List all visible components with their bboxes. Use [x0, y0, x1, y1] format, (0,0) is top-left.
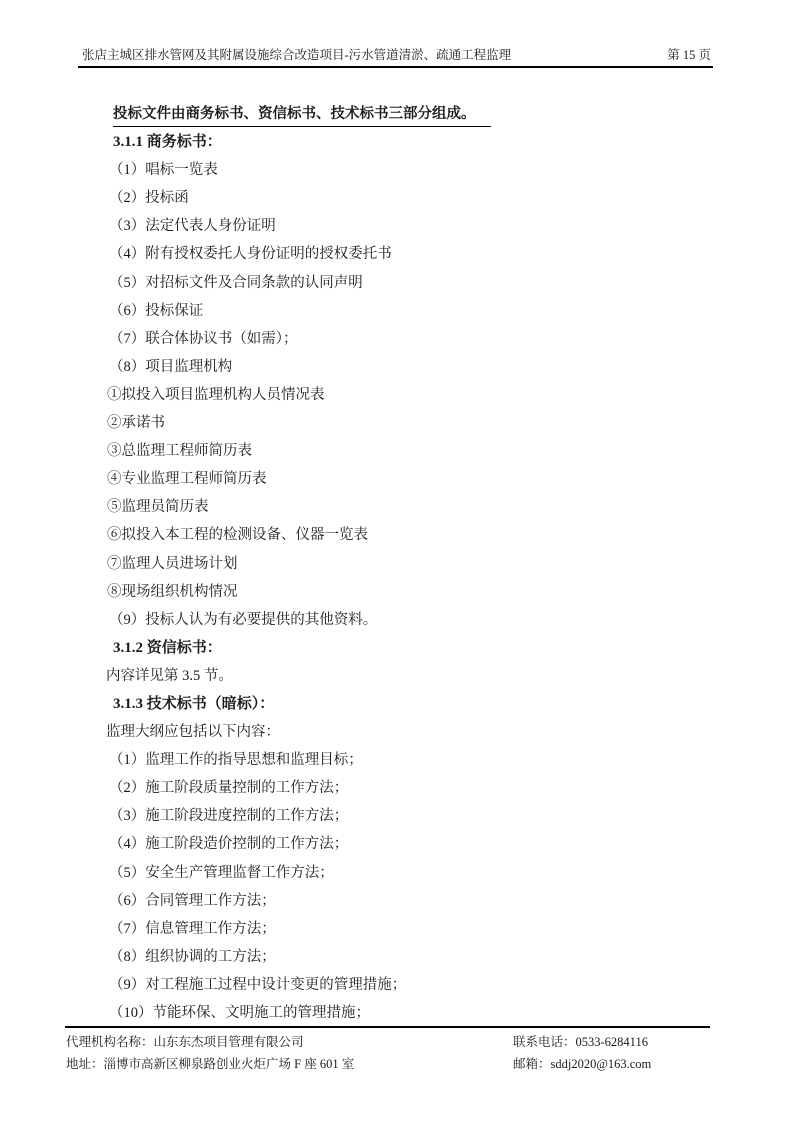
paragraph-text: （8）项目监理机构 — [109, 359, 232, 375]
paragraph-text: ③总监理工程师简历表 — [107, 443, 252, 459]
paragraph-line: （10）节能环保、文明施工的管理措施； — [66, 999, 730, 1027]
paragraph-text: （4）施工阶段造价控制的工作方法； — [109, 836, 348, 852]
paragraph-text: （6）合同管理工作方法； — [109, 893, 276, 909]
paragraph-line: 监理大纲应包括以下内容： — [66, 718, 730, 746]
paragraph-text: 监理大纲应包括以下内容： — [106, 724, 280, 740]
paragraph-text: （9）投标人认为有必要提供的其他资料。 — [109, 612, 377, 628]
paragraph-text: （1）监理工作的指导思想和监理目标； — [109, 752, 363, 768]
page-header: 张店主城区排水管网及其附属设施综合改造项目-污水管道清淤、疏通工程监理 第 15… — [78, 48, 713, 68]
paragraph-line: （6）合同管理工作方法； — [66, 887, 730, 915]
paragraph-text: 投标文件由商务标书、资信标书、技术标书三部分组成。 — [113, 102, 491, 127]
paragraph-line: （8）组织协调的工方法； — [66, 943, 730, 971]
paragraph-text: （7）联合体协议书（如需）； — [109, 331, 298, 347]
header-page-number: 第 15 页 — [667, 48, 713, 63]
document-page: 张店主城区排水管网及其附属设施综合改造项目-污水管道清淤、疏通工程监理 第 15… — [0, 0, 793, 1122]
paragraph-line: （3）施工阶段进度控制的工作方法； — [66, 802, 730, 830]
paragraph-line: （2）投标函 — [66, 184, 730, 212]
paragraph-line: （3）法定代表人身份证明 — [66, 212, 730, 240]
paragraph-text: （3）法定代表人身份证明 — [109, 218, 276, 234]
paragraph-line: （8）项目监理机构 — [66, 353, 730, 381]
paragraph-line: ⑤监理员简历表 — [66, 493, 730, 521]
footer-phone: 联系电话：0533-6284116 — [513, 1031, 710, 1053]
paragraph-line: （4）施工阶段造价控制的工作方法； — [66, 830, 730, 858]
paragraph-line: ⑧现场组织机构情况 — [66, 578, 730, 606]
paragraph-text: 3.1.3 技术标书（暗标）： — [113, 696, 274, 712]
paragraph-line: （5）对招标文件及合同条款的认同声明 — [66, 269, 730, 297]
paragraph-text: （2）投标函 — [109, 190, 189, 206]
paragraph-line: 3.1.2 资信标书： — [66, 634, 730, 662]
paragraph-text: 3.1.2 资信标书： — [113, 640, 222, 656]
paragraph-line: （1）唱标一览表 — [66, 156, 730, 184]
paragraph-line: （5）安全生产管理监督工作方法； — [66, 859, 730, 887]
paragraph-text: ②承诺书 — [107, 415, 165, 431]
paragraph-line: ③总监理工程师简历表 — [66, 437, 730, 465]
header-doc-title: 张店主城区排水管网及其附属设施综合改造项目-污水管道清淤、疏通工程监理 — [78, 48, 511, 63]
paragraph-line: ④专业监理工程师简历表 — [66, 465, 730, 493]
paragraph-line: （9）投标人认为有必要提供的其他资料。 — [66, 606, 730, 634]
footer-left-column: 代理机构名称：山东东杰项目管理有限公司 地址：淄博市高新区柳泉路创业火炬广场 F… — [65, 1031, 513, 1075]
paragraph-line: ⑦监理人员进场计划 — [66, 550, 730, 578]
paragraph-text: （1）唱标一览表 — [109, 162, 218, 178]
paragraph-line: 投标文件由商务标书、资信标书、技术标书三部分组成。 — [66, 100, 730, 128]
paragraph-text: （5）安全生产管理监督工作方法； — [109, 865, 334, 881]
paragraph-text: （4）附有授权委托人身份证明的授权委托书 — [109, 246, 392, 262]
footer-email: 邮箱：sddj2020@163.com — [513, 1053, 710, 1075]
paragraph-line: （7）信息管理工作方法； — [66, 915, 730, 943]
paragraph-line: 3.1.3 技术标书（暗标）： — [66, 690, 730, 718]
paragraph-text: （5）对招标文件及合同条款的认同声明 — [109, 275, 363, 291]
footer-address: 地址：淄博市高新区柳泉路创业火炬广场 F 座 601 室 — [66, 1053, 513, 1075]
paragraph-text: ①拟投入项目监理机构人员情况表 — [107, 387, 325, 403]
paragraph-text: 内容详见第 3.5 节。 — [106, 668, 233, 684]
paragraph-line: 内容详见第 3.5 节。 — [66, 662, 730, 690]
document-body: 投标文件由商务标书、资信标书、技术标书三部分组成。3.1.1 商务标书：（1）唱… — [66, 100, 730, 1027]
paragraph-line: （4）附有授权委托人身份证明的授权委托书 — [66, 240, 730, 268]
footer-right-column: 联系电话：0533-6284116 邮箱：sddj2020@163.com — [513, 1031, 710, 1075]
paragraph-line: ②承诺书 — [66, 409, 730, 437]
paragraph-line: （1）监理工作的指导思想和监理目标； — [66, 746, 730, 774]
paragraph-text: ⑦监理人员进场计划 — [107, 556, 238, 572]
paragraph-line: （7）联合体协议书（如需）； — [66, 325, 730, 353]
paragraph-line: （2）施工阶段质量控制的工作方法； — [66, 774, 730, 802]
paragraph-line: 3.1.1 商务标书： — [66, 128, 730, 156]
paragraph-line: ⑥拟投入本工程的检测设备、仪器一览表 — [66, 521, 730, 549]
paragraph-text: ⑥拟投入本工程的检测设备、仪器一览表 — [107, 527, 368, 543]
paragraph-line: （6）投标保证 — [66, 297, 730, 325]
footer-agency-name: 代理机构名称：山东东杰项目管理有限公司 — [66, 1031, 513, 1053]
paragraph-line: （9）对工程施工过程中设计变更的管理措施； — [66, 971, 730, 999]
paragraph-text: （8）组织协调的工方法； — [109, 949, 276, 965]
paragraph-text: （9）对工程施工过程中设计变更的管理措施； — [109, 977, 406, 993]
paragraph-text: （10）节能环保、文明施工的管理措施； — [109, 1005, 370, 1021]
paragraph-text: ⑧现场组织机构情况 — [107, 584, 238, 600]
paragraph-line: ①拟投入项目监理机构人员情况表 — [66, 381, 730, 409]
paragraph-text: ⑤监理员简历表 — [107, 499, 209, 515]
paragraph-text: （7）信息管理工作方法； — [109, 921, 276, 937]
paragraph-text: （6）投标保证 — [109, 303, 203, 319]
page-footer: 代理机构名称：山东东杰项目管理有限公司 地址：淄博市高新区柳泉路创业火炬广场 F… — [65, 1026, 710, 1075]
paragraph-text: ④专业监理工程师简历表 — [107, 471, 267, 487]
paragraph-text: 3.1.1 商务标书： — [113, 134, 222, 150]
paragraph-text: （3）施工阶段进度控制的工作方法； — [109, 808, 348, 824]
paragraph-text: （2）施工阶段质量控制的工作方法； — [109, 780, 348, 796]
